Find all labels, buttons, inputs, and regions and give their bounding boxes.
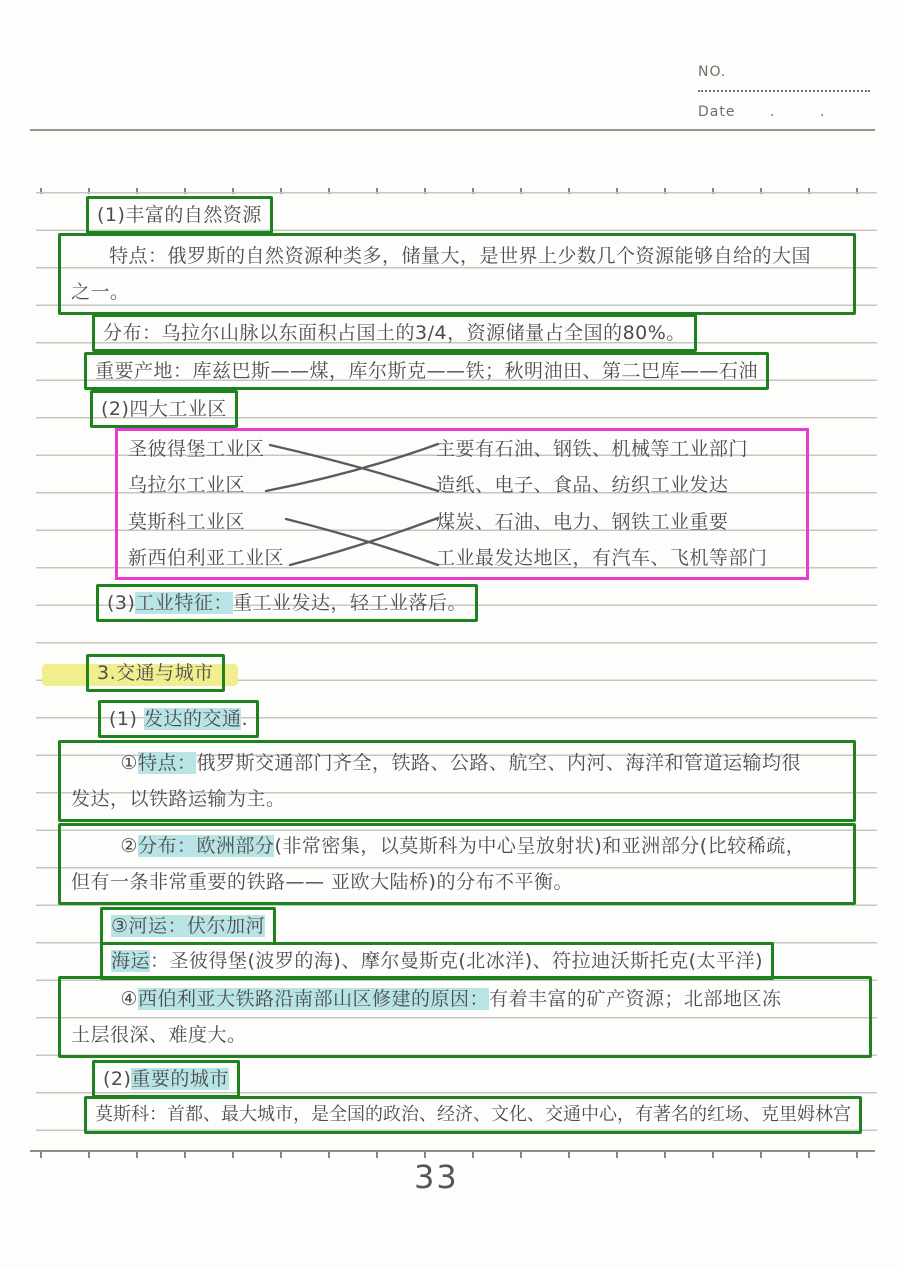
section-transport-cities-title: 3.交通与城市 bbox=[86, 654, 225, 692]
top-rule-line bbox=[30, 129, 875, 131]
note-resource-distribution: 分布：乌拉尔山脉以东面积占国土的3/4，资源储量占全国的80%。 bbox=[92, 314, 697, 352]
industry-row: 莫斯科工业区 煤炭、石油、电力、钢铁工业重要 bbox=[118, 507, 806, 541]
industry-zone-name: 乌拉尔工业区 bbox=[128, 470, 245, 497]
note-transport-traits: ①特点：俄罗斯交通部门齐全，铁路、公路、航空、内河、海洋和管道运输均很 发达，以… bbox=[58, 740, 856, 822]
page-header: NO. Date . . bbox=[698, 64, 874, 120]
note-natural-resources-title: (1)丰富的自然资源 bbox=[86, 196, 273, 234]
date-row: Date . . bbox=[698, 104, 874, 120]
industry-zone-name: 圣彼得堡工业区 bbox=[128, 434, 265, 461]
note-industrial-zones-title: (2)四大工业区 bbox=[90, 390, 238, 428]
industry-row: 新西伯利亚工业区 工业最发达地区，有汽车、飞机等部门 bbox=[118, 543, 806, 577]
industry-zone-description: 煤炭、石油、电力、钢铁工业重要 bbox=[436, 507, 729, 534]
industry-zone-description: 主要有石油、钢铁、机械等工业部门 bbox=[436, 434, 748, 461]
industry-zone-description: 工业最发达地区，有汽车、飞机等部门 bbox=[436, 543, 768, 570]
notebook-page: NO. Date . . (1)丰富的自然资源 特点：俄罗斯的自然资源种类多，储… bbox=[0, 0, 897, 1269]
industry-zone-name: 新西伯利亚工业区 bbox=[128, 543, 284, 570]
industry-zone-description: 造纸、电子、食品、纺织工业发达 bbox=[436, 470, 729, 497]
industry-zone-name: 莫斯科工业区 bbox=[128, 507, 245, 534]
industry-zones-diagram: 圣彼得堡工业区 主要有石油、钢铁、机械等工业部门 乌拉尔工业区 造纸、电子、食品… bbox=[115, 428, 809, 580]
note-sea-transport: 海运：圣彼得堡(波罗的海)、摩尔曼斯克(北冰洋)、符拉迪沃斯托克(太平洋) bbox=[100, 942, 774, 980]
no-dotted-line bbox=[698, 88, 870, 92]
industry-row: 乌拉尔工业区 造纸、电子、食品、纺织工业发达 bbox=[118, 470, 806, 504]
note-river-transport: ③河运：伏尔加河 bbox=[100, 907, 276, 945]
note-resource-locations: 重要产地：库兹巴斯——煤，库尔斯克——铁；秋明油田、第二巴库——石油 bbox=[84, 352, 769, 390]
note-moscow: 莫斯科：首都、最大城市，是全国的政治、经济、文化、交通中心，有著名的红场、克里姆… bbox=[84, 1096, 862, 1134]
note-developed-transport-title: (1) 发达的交通. bbox=[98, 700, 259, 738]
note-transport-distribution: ②分布：欧洲部分(非常密集，以莫斯科为中心呈放射状)和亚洲部分(比较稀疏， 但有… bbox=[58, 823, 856, 905]
industry-row: 圣彼得堡工业区 主要有石油、钢铁、机械等工业部门 bbox=[118, 434, 806, 468]
note-siberian-railway-reason: ④西伯利亚大铁路沿南部山区修建的原因：有着丰富的矿产资源；北部地区冻 土层很深、… bbox=[58, 976, 872, 1058]
note-resource-traits: 特点：俄罗斯的自然资源种类多，储量大，是世界上少数几个资源能够自给的大国 之一。 bbox=[58, 233, 856, 315]
date-dot: . bbox=[820, 104, 825, 120]
date-dot: . bbox=[770, 104, 775, 120]
date-label: Date bbox=[698, 104, 735, 120]
page-number: 33 bbox=[414, 1158, 459, 1196]
note-important-cities-title: (2)重要的城市 bbox=[92, 1060, 240, 1098]
no-label: NO. bbox=[698, 64, 874, 80]
note-industry-characteristics: (3)工业特征：重工业发达，轻工业落后。 bbox=[96, 584, 478, 622]
